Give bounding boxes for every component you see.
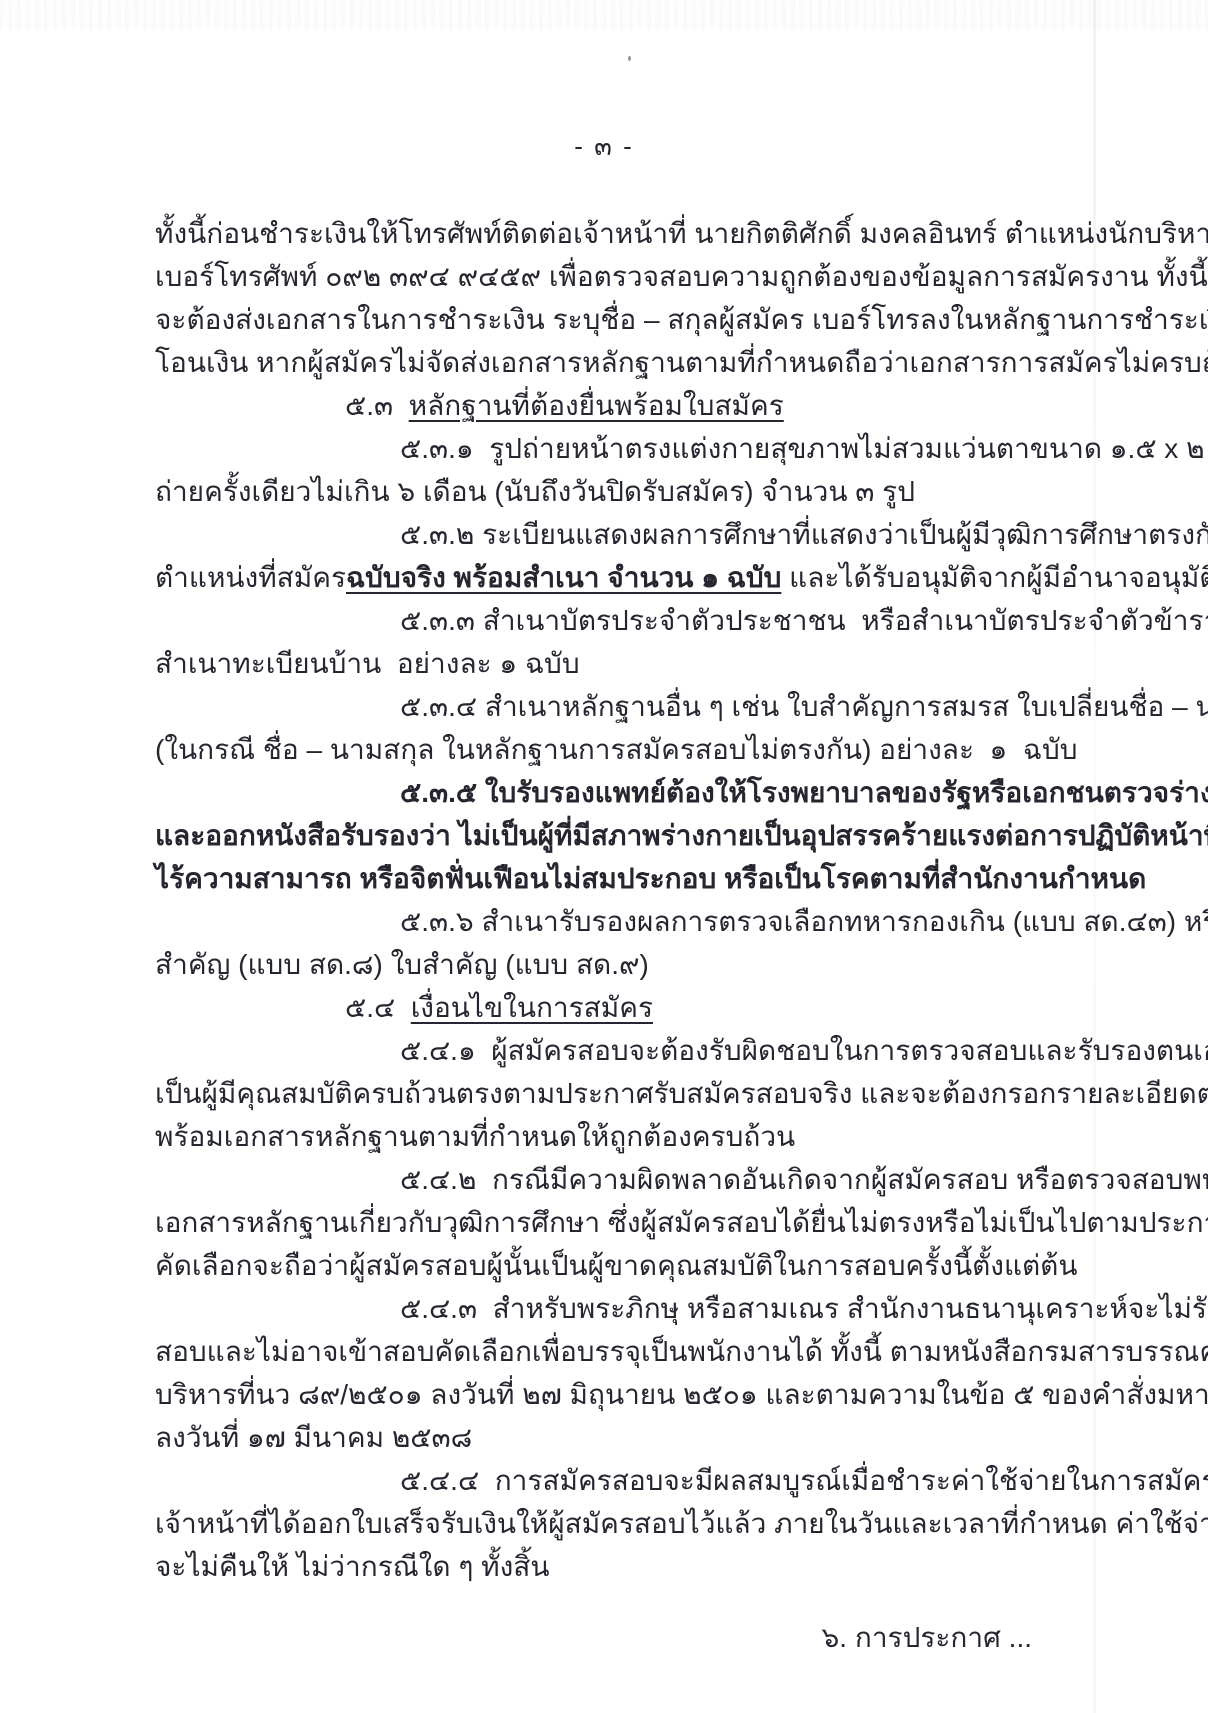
document-line: (ในกรณี ชื่อ – นามสกุล ในหลักฐานการสมัคร… (155, 728, 1055, 771)
underlined-text-segment: เงื่อนไขในการสมัคร (411, 992, 653, 1023)
text-segment: เป็นผู้มีคุณสมบัติครบถ้วนตรงตามประกาศรับ… (155, 1078, 1208, 1109)
document-lines: ทั้งนี้ก่อนชำระเงินให้โทรศัพท์ติดต่อเจ้า… (155, 212, 1055, 1588)
text-segment: ไร้ความสามารถ หรือจิตฟั่นเฟือนไม่สมประกอ… (155, 863, 1146, 894)
document-line: จะไม่คืนให้ ไม่ว่ากรณีใด ๆ ทั้งสิ้น (155, 1545, 1055, 1588)
document-line: บริหารที่นว ๘๙/๒๕๐๑ ลงวันที่ ๒๗ มิถุนายน… (155, 1373, 1055, 1416)
text-segment: ๕.๔.๔ การสมัครสอบจะมีผลสมบูรณ์เมื่อชำระค… (400, 1465, 1208, 1496)
text-segment: ทั้งนี้ก่อนชำระเงินให้โทรศัพท์ติดต่อเจ้า… (155, 218, 1208, 249)
text-segment: และได้รับอนุมัติจากผู้มีอำนาจอนุมัติภายใ… (781, 562, 1208, 593)
document-line: ๕.๔.๑ ผู้สมัครสอบจะต้องรับผิดชอบในการตรว… (155, 1029, 1055, 1072)
document-line: คัดเลือกจะถือว่าผู้สมัครสอบผู้นั้นเป็นผู… (155, 1244, 1055, 1287)
text-segment: สอบและไม่อาจเข้าสอบคัดเลือกเพื่อบรรจุเป็… (155, 1336, 1208, 1367)
text-segment: ๕.๓.๒ ระเบียนแสดงผลการศึกษาที่แสดงว่าเป็… (400, 519, 1208, 550)
document-line: เอกสารหลักฐานเกี่ยวกับวุฒิการศึกษา ซึ่งผ… (155, 1201, 1055, 1244)
text-segment: ๕.๔.๓ สำหรับพระภิกษุ หรือสามเณร สำนักงาน… (400, 1293, 1208, 1324)
text-segment: ๕.๓.๕ ใบรับรองแพทย์ต้องให้โรงพยาบาลของรั… (400, 777, 1208, 808)
text-segment: ลงวันที่ ๑๗ มีนาคม ๒๕๓๘ (155, 1422, 472, 1453)
document-line: ๕.๓.๕ ใบรับรองแพทย์ต้องให้โรงพยาบาลของรั… (155, 771, 1055, 814)
document-line: ถ่ายครั้งเดียวไม่เกิน ๖ เดือน (นับถึงวัน… (155, 470, 1055, 513)
document-line: ลงวันที่ ๑๗ มีนาคม ๒๕๓๘ (155, 1416, 1055, 1459)
text-segment: ๕.๓ (345, 390, 409, 421)
text-segment: ๕.๔.๑ ผู้สมัครสอบจะต้องรับผิดชอบในการตรว… (400, 1035, 1208, 1066)
text-segment: จะต้องส่งเอกสารในการชำระเงิน ระบุชื่อ – … (155, 304, 1208, 335)
text-segment: ๕.๓.๑ รูปถ่ายหน้าตรงแต่งกายสุขภาพไม่สวมแ… (400, 433, 1208, 464)
document-line: เบอร์โทรศัพท์ ๐๙๒ ๓๙๔ ๙๔๕๙ เพื่อตรวจสอบค… (155, 255, 1055, 298)
text-segment: เอกสารหลักฐานเกี่ยวกับวุฒิการศึกษา ซึ่งผ… (155, 1207, 1208, 1238)
document-line: ตำแหน่งที่สมัครฉบับจริง พร้อมสำเนา จำนวน… (155, 556, 1055, 599)
text-segment: และออกหนังสือรับรองว่า ไม่เป็นผู้ที่มีสภ… (155, 820, 1208, 851)
document-page: - ๓ - ทั้งนี้ก่อนชำระเงินให้โทรศัพท์ติดต… (0, 0, 1208, 1713)
document-line: ๕.๔ เงื่อนไขในการสมัคร (155, 986, 1055, 1029)
text-segment: เจ้าหน้าที่ได้ออกใบเสร็จรับเงินให้ผู้สมั… (155, 1508, 1208, 1539)
scan-streak-artifact (1093, 0, 1096, 1713)
document-line: ๕.๔.๒ กรณีมีความผิดพลาดอันเกิดจากผู้สมัค… (155, 1158, 1055, 1201)
text-segment: จะไม่คืนให้ ไม่ว่ากรณีใด ๆ ทั้งสิ้น (155, 1551, 550, 1582)
text-segment: เบอร์โทรศัพท์ ๐๙๒ ๓๙๔ ๙๔๕๙ เพื่อตรวจสอบค… (155, 261, 1208, 292)
text-segment: ๕.๔ (345, 992, 411, 1023)
document-line: พร้อมเอกสารหลักฐานตามที่กำหนดให้ถูกต้องค… (155, 1115, 1055, 1158)
text-segment: ๕.๓.๓ สำเนาบัตรประจำตัวประชาชน หรือสำเนา… (400, 605, 1208, 636)
continuation-marker: ๖. การประกาศ ... (822, 1616, 1032, 1660)
text-segment: บริหารที่นว ๘๙/๒๕๐๑ ลงวันที่ ๒๗ มิถุนายน… (155, 1379, 1208, 1410)
document-line: ทั้งนี้ก่อนชำระเงินให้โทรศัพท์ติดต่อเจ้า… (155, 212, 1055, 255)
document-line: จะต้องส่งเอกสารในการชำระเงิน ระบุชื่อ – … (155, 298, 1055, 341)
scan-dot-artifact (628, 56, 631, 61)
text-segment: ตำแหน่งที่สมัคร (155, 562, 346, 593)
text-segment: ๕.๓.๖ สำเนารับรองผลการตรวจเลือกทหารกองเก… (400, 906, 1208, 937)
page-number: - ๓ - (0, 126, 1208, 167)
underlined-text-segment: หลักฐานที่ต้องยื่นพร้อมใบสมัคร (409, 390, 784, 421)
document-line: เจ้าหน้าที่ได้ออกใบเสร็จรับเงินให้ผู้สมั… (155, 1502, 1055, 1545)
text-segment: ๕.๓.๔ สำเนาหลักฐานอื่น ๆ เช่น ใบสำคัญการ… (400, 691, 1208, 722)
text-segment: สำคัญ (แบบ สด.๘) ใบสำคัญ (แบบ สด.๙) (155, 949, 649, 980)
document-line: ๕.๓.๓ สำเนาบัตรประจำตัวประชาชน หรือสำเนา… (155, 599, 1055, 642)
document-line: ไร้ความสามารถ หรือจิตฟั่นเฟือนไม่สมประกอ… (155, 857, 1055, 900)
text-segment: ถ่ายครั้งเดียวไม่เกิน ๖ เดือน (นับถึงวัน… (155, 476, 915, 507)
document-line: โอนเงิน หากผู้สมัครไม่จัดส่งเอกสารหลักฐา… (155, 341, 1055, 384)
text-segment: ๕.๔.๒ กรณีมีความผิดพลาดอันเกิดจากผู้สมัค… (400, 1164, 1208, 1195)
document-line: ๕.๔.๔ การสมัครสอบจะมีผลสมบูรณ์เมื่อชำระค… (155, 1459, 1055, 1502)
text-segment: คัดเลือกจะถือว่าผู้สมัครสอบผู้นั้นเป็นผู… (155, 1250, 1078, 1281)
document-line: สำคัญ (แบบ สด.๘) ใบสำคัญ (แบบ สด.๙) (155, 943, 1055, 986)
text-segment: พร้อมเอกสารหลักฐานตามที่กำหนดให้ถูกต้องค… (155, 1121, 795, 1152)
underlined-text-segment: ฉบับจริง พร้อมสำเนา จำนวน ๑ ฉบับ (346, 562, 781, 593)
document-line: ๕.๓.๖ สำเนารับรองผลการตรวจเลือกทหารกองเก… (155, 900, 1055, 943)
document-line: สอบและไม่อาจเข้าสอบคัดเลือกเพื่อบรรจุเป็… (155, 1330, 1055, 1373)
document-line: สำเนาทะเบียนบ้าน อย่างละ ๑ ฉบับ (155, 642, 1055, 685)
document-line: ๕.๓.๔ สำเนาหลักฐานอื่น ๆ เช่น ใบสำคัญการ… (155, 685, 1055, 728)
document-line: ๕.๔.๓ สำหรับพระภิกษุ หรือสามเณร สำนักงาน… (155, 1287, 1055, 1330)
document-line: ๕.๓.๑ รูปถ่ายหน้าตรงแต่งกายสุขภาพไม่สวมแ… (155, 427, 1055, 470)
document-line: ๕.๓.๒ ระเบียนแสดงผลการศึกษาที่แสดงว่าเป็… (155, 513, 1055, 556)
text-segment: (ในกรณี ชื่อ – นามสกุล ในหลักฐานการสมัคร… (155, 734, 1078, 765)
document-line: และออกหนังสือรับรองว่า ไม่เป็นผู้ที่มีสภ… (155, 814, 1055, 857)
text-segment: โอนเงิน หากผู้สมัครไม่จัดส่งเอกสารหลักฐา… (155, 347, 1208, 378)
scan-noise-artifact (0, 0, 1208, 30)
document-line: เป็นผู้มีคุณสมบัติครบถ้วนตรงตามประกาศรับ… (155, 1072, 1055, 1115)
document-line: ๕.๓ หลักฐานที่ต้องยื่นพร้อมใบสมัคร (155, 384, 1055, 427)
text-segment: สำเนาทะเบียนบ้าน อย่างละ ๑ ฉบับ (155, 648, 580, 679)
